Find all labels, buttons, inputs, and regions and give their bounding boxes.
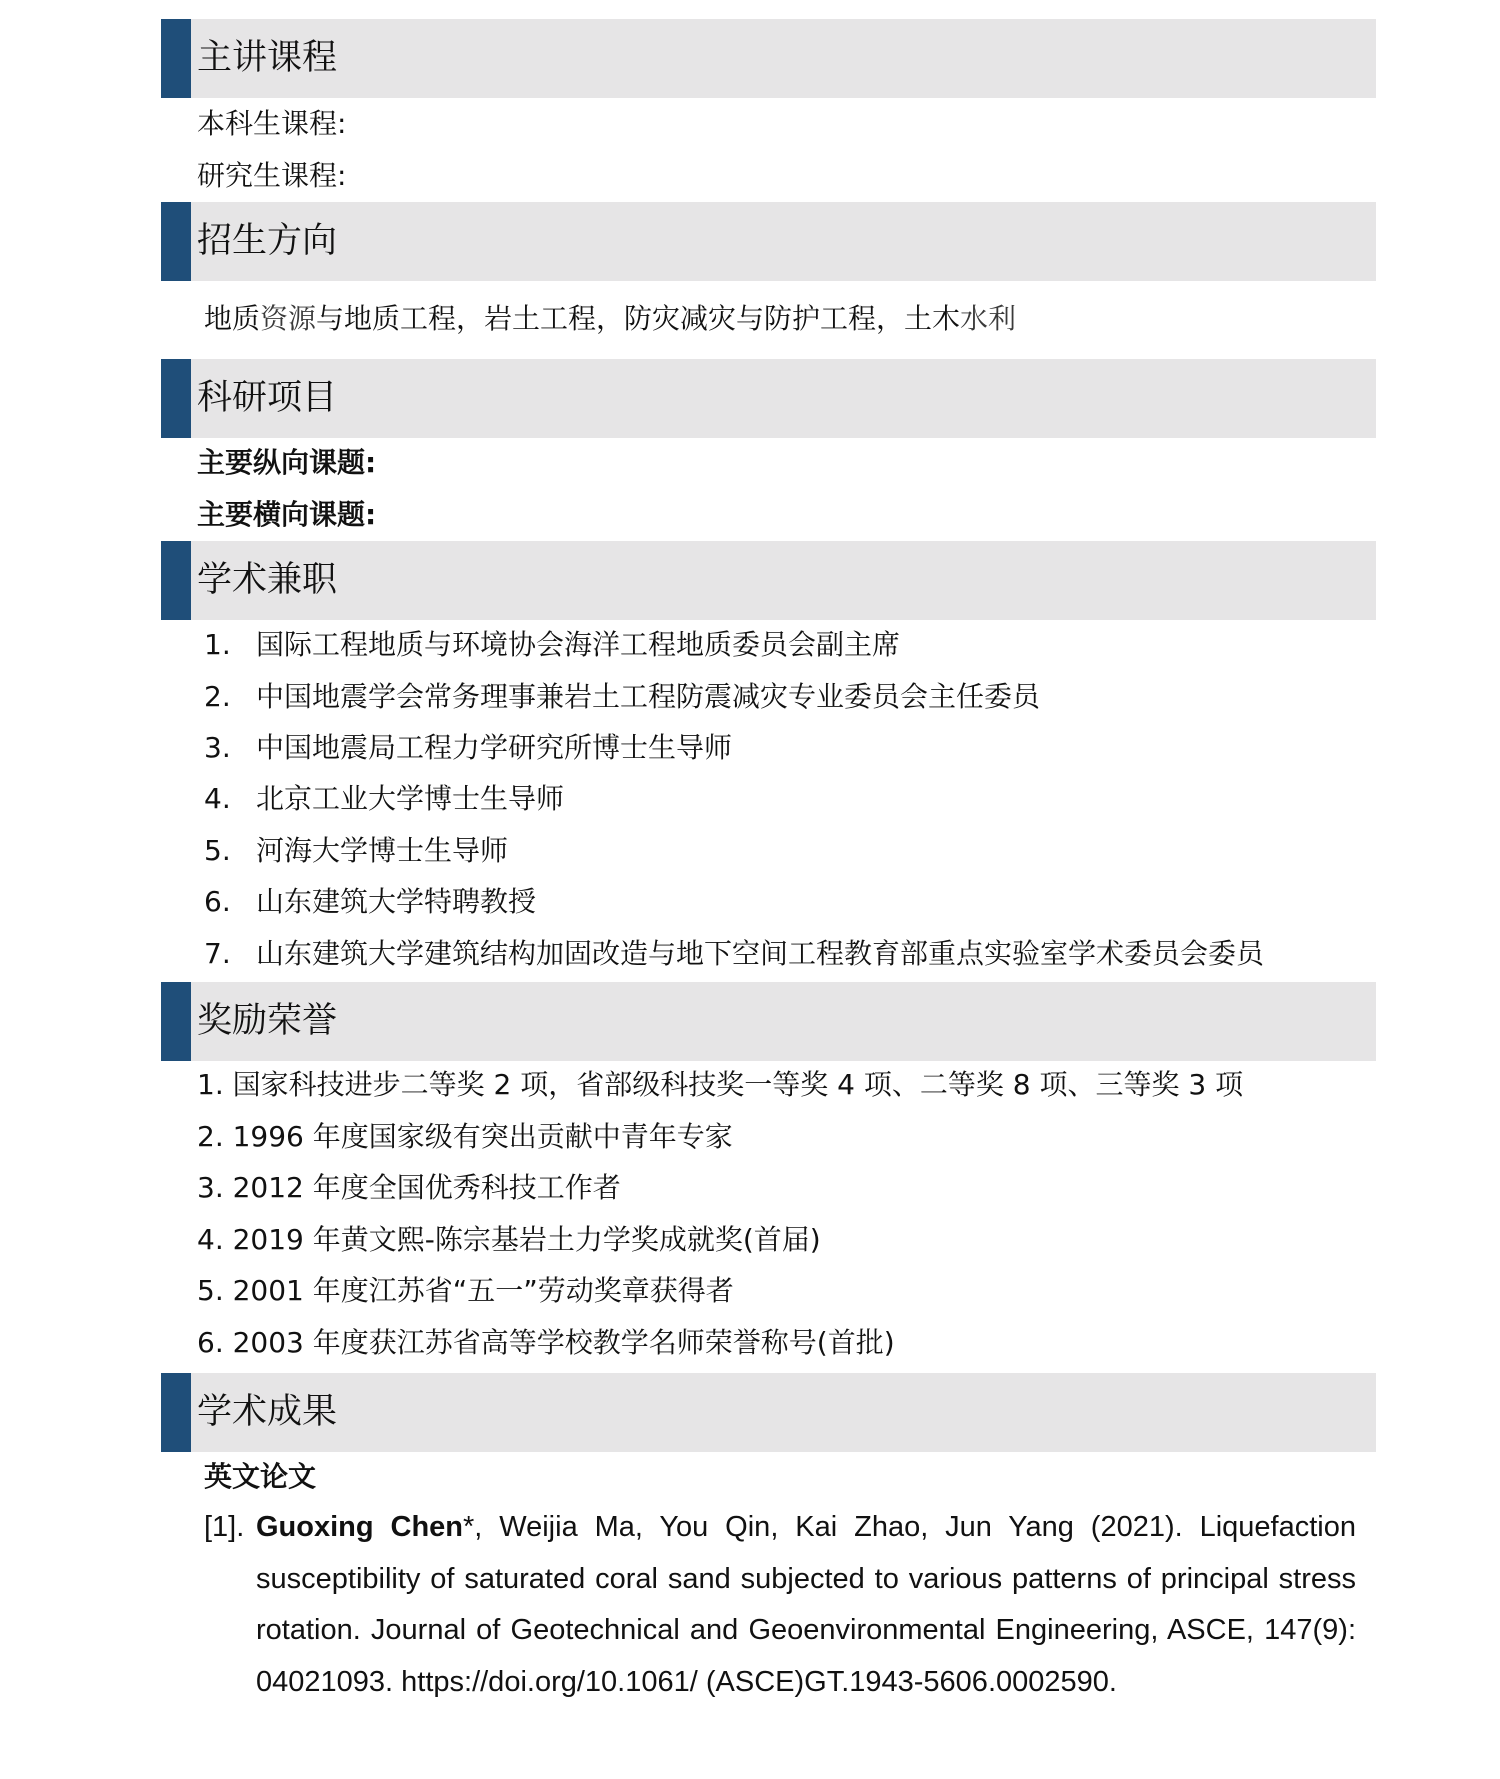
grad-courses-label: 研究生课程: — [197, 156, 346, 196]
section-title: 招生方向 — [197, 202, 337, 281]
section-accent-bar — [161, 359, 191, 438]
item-text: 山东建筑大学建筑结构加固改造与地下空间工程教育部重点实验室学术委员会委员 — [256, 937, 1264, 970]
section-accent-bar — [161, 541, 191, 620]
section-header-research: 科研项目 — [161, 359, 1376, 438]
position-item: 2.中国地震学会常务理事兼岩土工程防震减灾专业委员会主任委员 — [204, 677, 1040, 717]
position-item: 3.中国地震局工程力学研究所博士生导师 — [204, 728, 732, 768]
paper-reference: [1]. Guoxing Chen*, Weijia Ma, You Qin, … — [204, 1502, 1356, 1708]
reference-body: Guoxing Chen*, Weijia Ma, You Qin, Kai Z… — [256, 1502, 1356, 1708]
position-item: 1.国际工程地质与环境协会海洋工程地质委员会副主席 — [204, 625, 900, 665]
item-text: 中国地震局工程力学研究所博士生导师 — [256, 731, 732, 764]
honor-item: 4. 2019 年黄文熙-陈宗基岩土力学奖成就奖(首届) — [197, 1220, 821, 1260]
undergrad-courses-label: 本科生课程: — [197, 104, 346, 144]
honor-item: 5. 2001 年度江苏省“五一”劳动奖章获得者 — [197, 1271, 734, 1311]
horizontal-projects-label: 主要横向课题: — [197, 495, 376, 535]
section-header-courses: 主讲课程 — [161, 19, 1376, 98]
section-title: 奖励荣誉 — [197, 982, 337, 1061]
section-accent-bar — [161, 202, 191, 281]
section-accent-bar — [161, 982, 191, 1061]
section-accent-bar — [161, 1373, 191, 1452]
item-text: 国际工程地质与环境协会海洋工程地质委员会副主席 — [256, 628, 900, 661]
admission-directions: 地质资源与地质工程，岩土工程，防灾减灾与防护工程，土木水利 — [204, 299, 1016, 339]
item-number: 6. — [204, 882, 256, 922]
position-item: 7.山东建筑大学建筑结构加固改造与地下空间工程教育部重点实验室学术委员会委员 — [204, 934, 1264, 974]
item-text: 中国地震学会常务理事兼岩土工程防震减灾专业委员会主任委员 — [256, 680, 1040, 713]
honor-item: 1. 国家科技进步二等奖 2 项，省部级科技奖一等奖 4 项、二等奖 8 项、三… — [197, 1065, 1243, 1105]
honor-item: 6. 2003 年度获江苏省高等学校教学名师荣誉称号(首批) — [197, 1323, 895, 1363]
section-title: 主讲课程 — [197, 19, 337, 98]
admission-text: 水利 — [960, 302, 1016, 335]
vertical-projects-label: 主要纵向课题: — [197, 443, 376, 483]
position-item: 4.北京工业大学博士生导师 — [204, 779, 564, 819]
position-item: 5.河海大学博士生导师 — [204, 831, 508, 871]
admission-text: 地质 — [204, 302, 260, 335]
item-number: 5. — [204, 831, 256, 871]
section-header-positions: 学术兼职 — [161, 541, 1376, 620]
lead-author: Guoxing Chen — [256, 1511, 463, 1543]
item-number: 4. — [204, 779, 256, 819]
admission-text: 资源 — [260, 302, 316, 335]
section-title: 学术成果 — [197, 1373, 337, 1452]
section-title: 科研项目 — [197, 359, 337, 438]
item-text: 山东建筑大学特聘教授 — [256, 885, 536, 918]
position-item: 6.山东建筑大学特聘教授 — [204, 882, 536, 922]
honor-item: 3. 2012 年度全国优秀科技工作者 — [197, 1168, 621, 1208]
english-papers-heading: 英文论文 — [204, 1457, 316, 1497]
section-header-honors: 奖励荣誉 — [161, 982, 1376, 1061]
item-number: 1. — [204, 625, 256, 665]
section-title: 学术兼职 — [197, 541, 337, 620]
item-text: 河海大学博士生导师 — [256, 834, 508, 867]
reference-index: [1]. — [204, 1502, 244, 1554]
item-number: 2. — [204, 677, 256, 717]
section-accent-bar — [161, 19, 191, 98]
item-text: 北京工业大学博士生导师 — [256, 782, 564, 815]
honor-item: 2. 1996 年度国家级有突出贡献中青年专家 — [197, 1117, 733, 1157]
item-number: 3. — [204, 728, 256, 768]
item-number: 7. — [204, 934, 256, 974]
admission-text: 与地质工程，岩土工程，防灾减灾与防护工程，土木 — [316, 302, 960, 335]
section-header-admission: 招生方向 — [161, 202, 1376, 281]
section-header-achievements: 学术成果 — [161, 1373, 1376, 1452]
